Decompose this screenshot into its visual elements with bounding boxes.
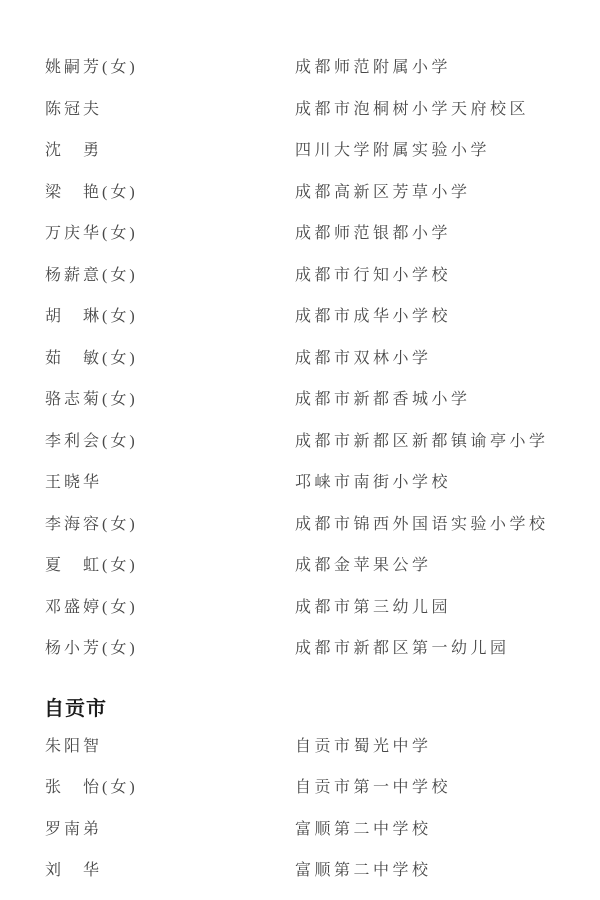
teacher-name: 夏 虹(女): [45, 552, 295, 575]
teacher-name: 杨小芳(女): [45, 635, 295, 658]
table-row: 沈 勇 四川大学附属实验小学: [0, 128, 600, 170]
school-name: 成都市成华小学校: [295, 303, 451, 326]
teacher-name: 李利会(女): [45, 428, 295, 451]
table-row: 李利会(女) 成都市新都区新都镇谕亭小学: [0, 419, 600, 461]
school-name: 四川大学附属实验小学: [295, 137, 490, 160]
table-row: 邓盛婷(女) 成都市第三幼儿园: [0, 585, 600, 627]
teacher-name: 罗南弟: [45, 816, 295, 839]
teacher-name: 姚嗣芳(女): [45, 54, 295, 77]
teacher-name: 朱阳智: [45, 733, 295, 756]
table-row: 张 怡(女) 自贡市第一中学校: [0, 765, 600, 807]
teacher-name: 邓盛婷(女): [45, 594, 295, 617]
school-name: 邛崃市南街小学校: [295, 469, 451, 492]
table-row: 李海容(女) 成都市锦西外国语实验小学校: [0, 502, 600, 544]
table-row: 罗南弟 富顺第二中学校: [0, 807, 600, 849]
school-name: 成都市泡桐树小学天府校区: [295, 96, 529, 119]
teacher-name: 王晓华: [45, 469, 295, 492]
teacher-name: 骆志菊(女): [45, 386, 295, 409]
school-name: 自贡市蜀光中学: [295, 733, 432, 756]
school-name: 成都师范附属小学: [295, 54, 451, 77]
table-row: 杨小芳(女) 成都市新都区第一幼儿园: [0, 626, 600, 668]
school-name: 成都市第三幼儿园: [295, 594, 451, 617]
school-name: 自贡市第一中学校: [295, 774, 451, 797]
table-row: 万庆华(女) 成都师范银都小学: [0, 211, 600, 253]
document-page: 姚嗣芳(女) 成都师范附属小学 陈冠夫 成都市泡桐树小学天府校区 沈 勇 四川大…: [0, 0, 600, 900]
table-row: 骆志菊(女) 成都市新都香城小学: [0, 377, 600, 419]
teacher-name: 刘 华: [45, 857, 295, 880]
school-name: 成都市新都区新都镇谕亭小学: [295, 428, 549, 451]
table-row: 刘 华 富顺第二中学校: [0, 848, 600, 890]
table-row: 茹 敏(女) 成都市双林小学: [0, 336, 600, 378]
school-name: 成都市新都香城小学: [295, 386, 471, 409]
table-row: 陈冠夫 成都市泡桐树小学天府校区: [0, 87, 600, 129]
table-row: 胡 琳(女) 成都市成华小学校: [0, 294, 600, 336]
teacher-name: 万庆华(女): [45, 220, 295, 243]
teacher-name: 茹 敏(女): [45, 345, 295, 368]
teacher-name: 张 怡(女): [45, 774, 295, 797]
teacher-name: 陈冠夫: [45, 96, 295, 119]
school-name: 成都金苹果公学: [295, 552, 432, 575]
teacher-name: 杨薪意(女): [45, 262, 295, 285]
school-name: 成都市锦西外国语实验小学校: [295, 511, 549, 534]
school-name: 富顺第二中学校: [295, 816, 432, 839]
table-row: 梁 艳(女) 成都高新区芳草小学: [0, 170, 600, 212]
school-name: 成都师范银都小学: [295, 220, 451, 243]
teacher-name: 李海容(女): [45, 511, 295, 534]
table-row: 朱阳智 自贡市蜀光中学: [0, 724, 600, 766]
teacher-name: 胡 琳(女): [45, 303, 295, 326]
teacher-name: 沈 勇: [45, 137, 295, 160]
teacher-name: 梁 艳(女): [45, 179, 295, 202]
school-name: 成都市双林小学: [295, 345, 432, 368]
table-row: 杨薪意(女) 成都市行知小学校: [0, 253, 600, 295]
school-name: 成都市行知小学校: [295, 262, 451, 285]
school-name: 成都高新区芳草小学: [295, 179, 471, 202]
table-row: 王晓华 邛崃市南街小学校: [0, 460, 600, 502]
table-row: 姚嗣芳(女) 成都师范附属小学: [0, 45, 600, 87]
section-header-zigong: 自贡市: [0, 690, 600, 724]
school-name: 成都市新都区第一幼儿园: [295, 635, 510, 658]
school-name: 富顺第二中学校: [295, 857, 432, 880]
table-row: 夏 虹(女) 成都金苹果公学: [0, 543, 600, 585]
